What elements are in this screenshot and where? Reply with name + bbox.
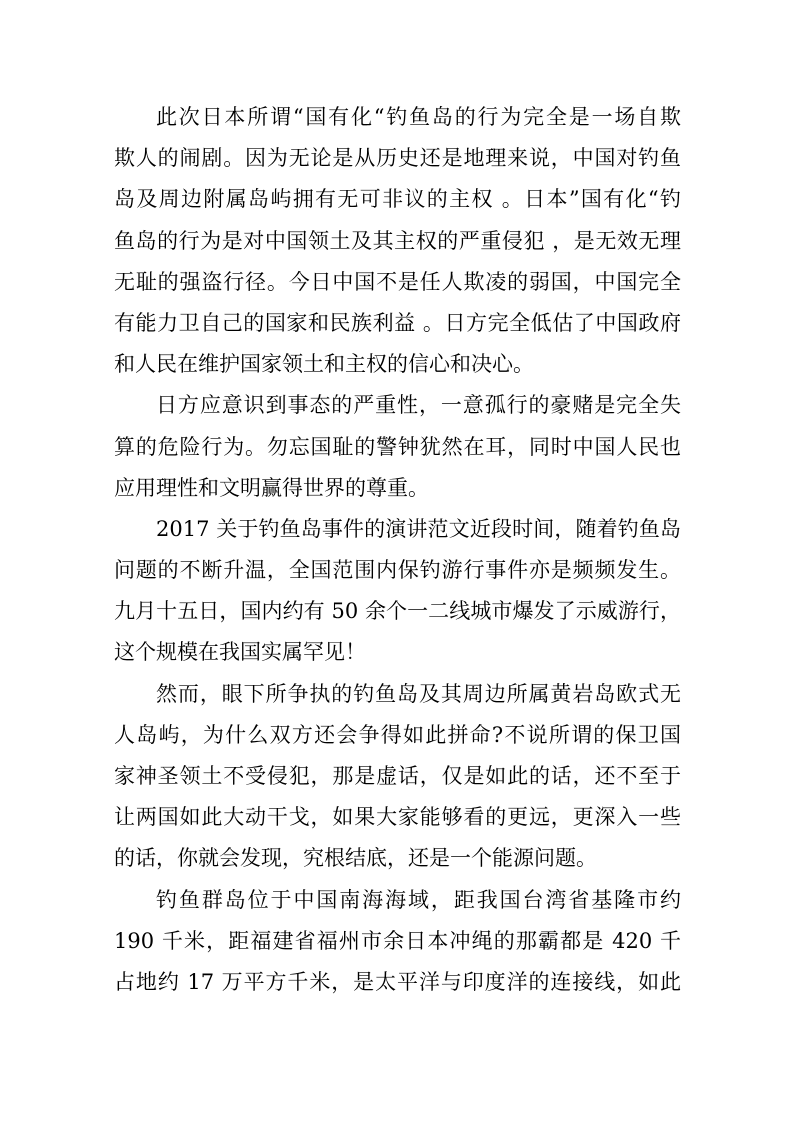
text-line: 然而，眼下所争执的钓鱼岛及其周边所属黄岩岛欧式无 — [114, 674, 681, 715]
text-line: 应用理性和文明赢得世界的尊重。 — [114, 468, 681, 509]
paragraph: 然而，眼下所争执的钓鱼岛及其周边所属黄岩岛欧式无人岛屿，为什么双方还会争得如此拼… — [114, 674, 681, 880]
text-line: 占地约 17 万平方千米，是太平洋与印度洋的连接线，如此 — [114, 962, 681, 1003]
paragraph: 2017 关于钓鱼岛事件的演讲范文近段时间，随着钓鱼岛问题的不断升温，全国范围内… — [114, 509, 681, 674]
text-line: 的话，你就会发现，究根结底，还是一个能源问题。 — [114, 838, 681, 879]
text-line: 算的危险行为。勿忘国耻的警钟犹然在耳，同时中国人民也 — [114, 427, 681, 468]
paragraph: 日方应意识到事态的严重性，一意孤行的豪赌是完全失算的危险行为。勿忘国耻的警钟犹然… — [114, 385, 681, 509]
document-body: 此次日本所谓“国有化“钓鱼岛的行为完全是一场自欺欺人的闹剧。因为无论是从历史还是… — [114, 97, 681, 1003]
text-line: 此次日本所谓“国有化“钓鱼岛的行为完全是一场自欺 — [114, 97, 681, 138]
text-line: 岛及周边附属岛屿拥有无可非议的主权 。日本”国有化“钓 — [114, 179, 681, 220]
text-line: 让两国如此大动干戈，如果大家能够看的更远，更深入一些 — [114, 797, 681, 838]
text-line: 190 千米，距福建省福州市余日本冲绳的那霸都是 420 千米， — [114, 921, 681, 962]
text-line: 钓鱼群岛位于中国南海海域，距我国台湾省基隆市约 — [114, 880, 681, 921]
text-line: 九月十五日，国内约有 50 余个一二线城市爆发了示威游行， — [114, 591, 681, 632]
text-line: 和人民在维护国家领土和主权的信心和决心。 — [114, 344, 681, 385]
text-line: 日方应意识到事态的严重性，一意孤行的豪赌是完全失 — [114, 385, 681, 426]
text-line: 鱼岛的行为是对中国领土及其主权的严重侵犯 ，是无效无理 — [114, 221, 681, 262]
text-line: 人岛屿，为什么双方还会争得如此拼命?不说所谓的保卫国 — [114, 715, 681, 756]
text-line: 欺人的闹剧。因为无论是从历史还是地理来说，中国对钓鱼 — [114, 138, 681, 179]
text-line: 问题的不断升温，全国范围内保钓游行事件亦是频频发生。 — [114, 550, 681, 591]
text-line: 无耻的强盗行径。今日中国不是任人欺凌的弱国，中国完全 — [114, 262, 681, 303]
text-line: 有能力卫自己的国家和民族利益 。日方完全低估了中国政府 — [114, 303, 681, 344]
text-line: 家神圣领土不受侵犯，那是虚话，仅是如此的话，还不至于 — [114, 756, 681, 797]
document-page: 此次日本所谓“国有化“钓鱼岛的行为完全是一场自欺欺人的闹剧。因为无论是从历史还是… — [0, 0, 794, 1123]
paragraph: 此次日本所谓“国有化“钓鱼岛的行为完全是一场自欺欺人的闹剧。因为无论是从历史还是… — [114, 97, 681, 385]
text-line: 2017 关于钓鱼岛事件的演讲范文近段时间，随着钓鱼岛 — [114, 509, 681, 550]
paragraph: 钓鱼群岛位于中国南海海域，距我国台湾省基隆市约190 千米，距福建省福州市余日本… — [114, 880, 681, 1004]
text-line: 这个规模在我国实属罕见！ — [114, 632, 681, 673]
